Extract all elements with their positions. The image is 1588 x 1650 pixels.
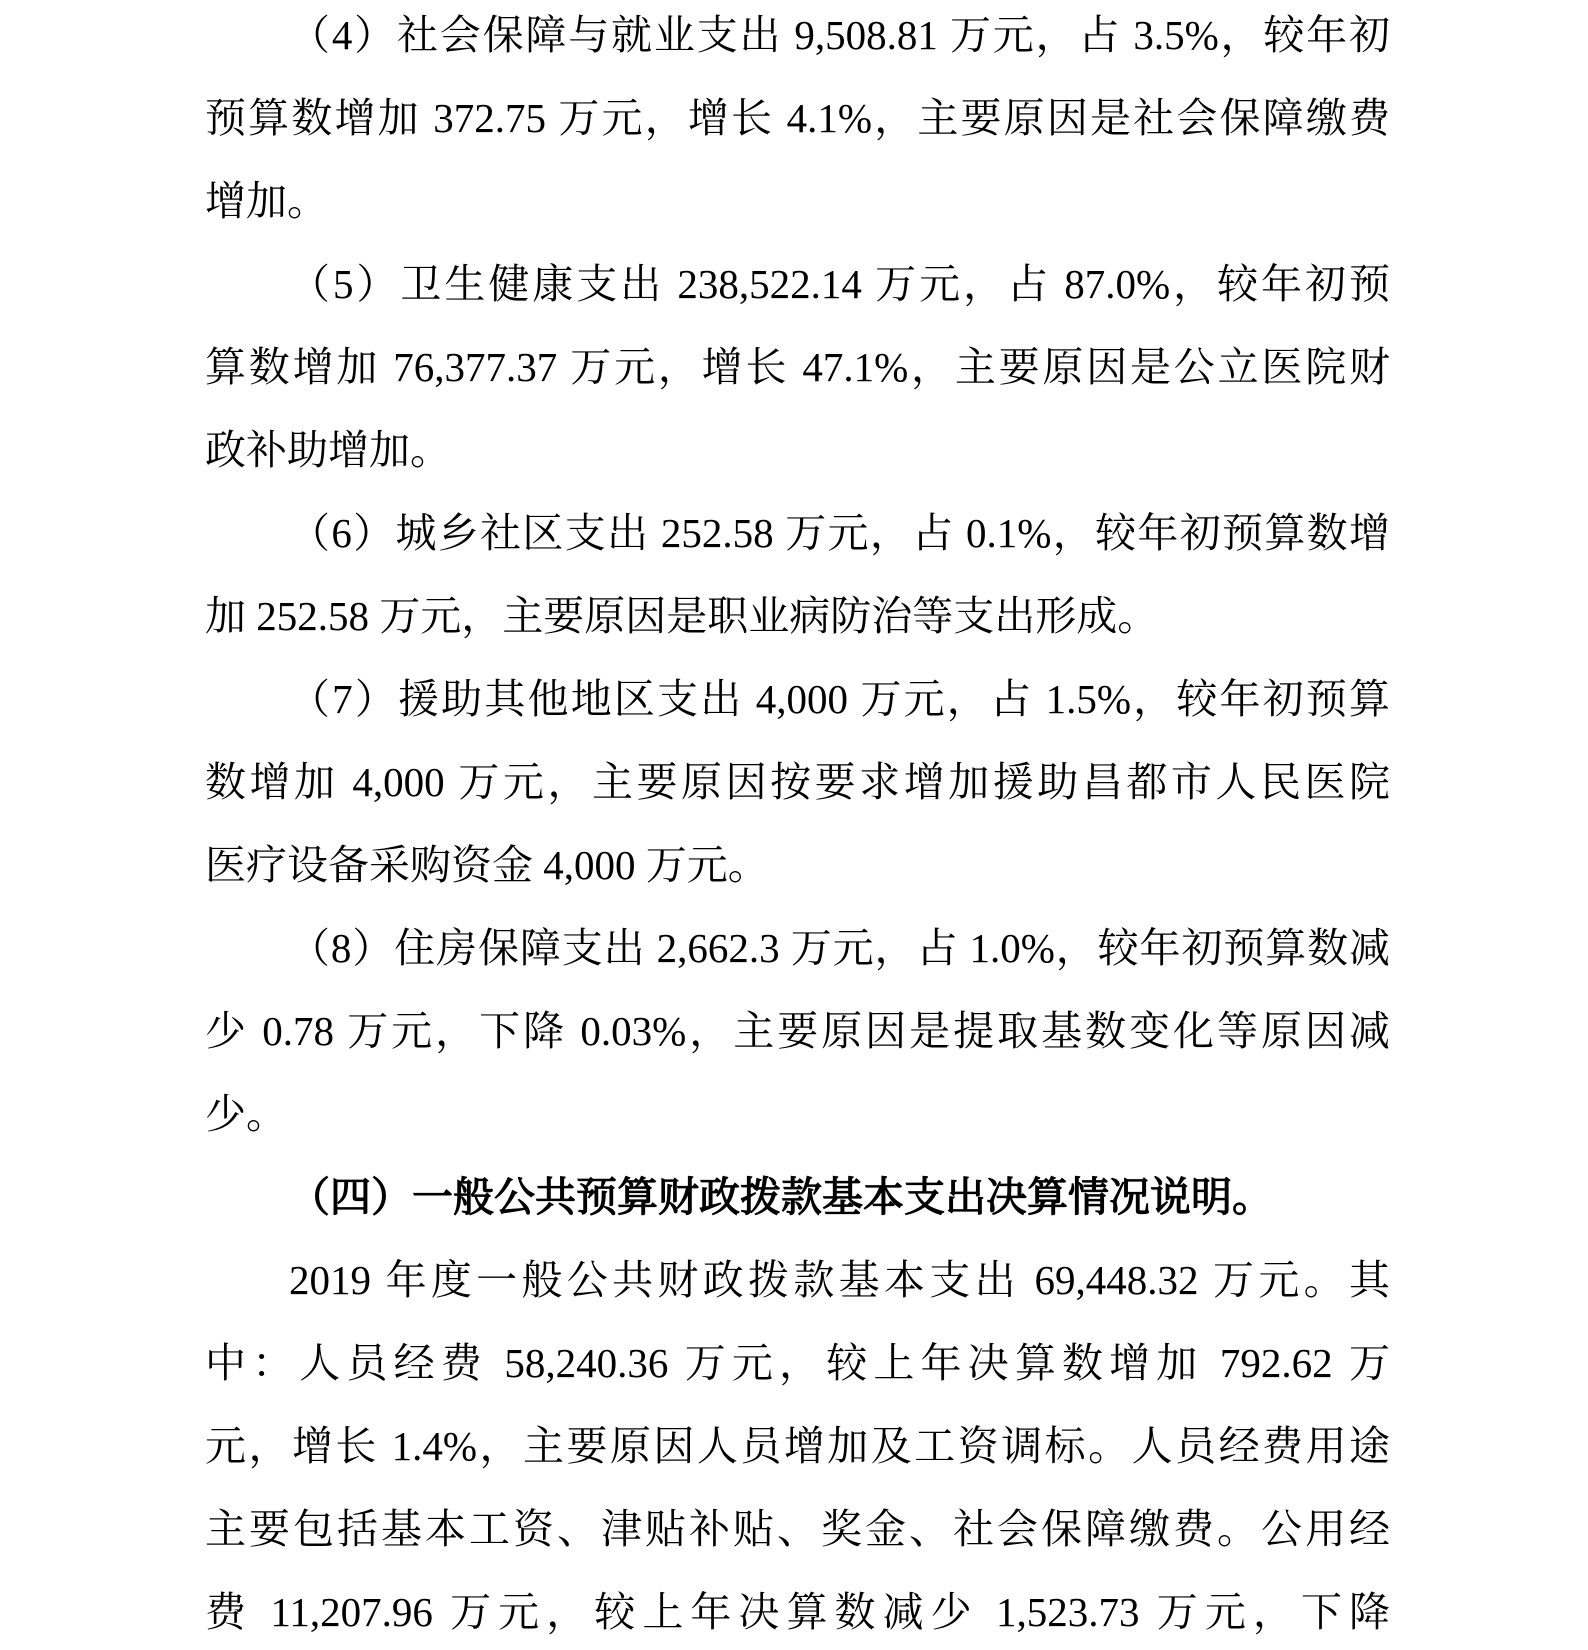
text-line: 增加。 bbox=[205, 160, 1390, 243]
text-line: 主要包括基本工资、津贴补贴、奖金、社会保障缴费。公用经 bbox=[205, 1488, 1390, 1571]
text-line: 加 252.58 万元，主要原因是职业病防治等支出形成。 bbox=[205, 575, 1390, 658]
document-page: （4）社会保障与就业支出 9,508.81 万元，占 3.5%，较年初预算数增加… bbox=[0, 0, 1588, 1650]
text-line: （4）社会保障与就业支出 9,508.81 万元，占 3.5%，较年初 bbox=[205, 0, 1390, 77]
text-line: 医疗设备采购资金 4,000 万元。 bbox=[205, 824, 1390, 907]
text-line: （6）城乡社区支出 252.58 万元，占 0.1%，较年初预算数增 bbox=[205, 492, 1390, 575]
text-line: 预算数增加 372.75 万元，增长 4.1%，主要原因是社会保障缴费 bbox=[205, 77, 1390, 160]
document-body: （4）社会保障与就业支出 9,508.81 万元，占 3.5%，较年初预算数增加… bbox=[205, 0, 1390, 1650]
section-heading: （四）一般公共预算财政拨款基本支出决算情况说明。 bbox=[205, 1156, 1390, 1239]
text-line: 中：人员经费 58,240.36 万元，较上年决算数增加 792.62 万 bbox=[205, 1322, 1390, 1405]
text-line: 政补助增加。 bbox=[205, 409, 1390, 492]
text-line: 数增加 4,000 万元，主要原因按要求增加援助昌都市人民医院 bbox=[205, 741, 1390, 824]
text-line: （7）援助其他地区支出 4,000 万元，占 1.5%，较年初预算 bbox=[205, 658, 1390, 741]
text-line: 元，增长 1.4%，主要原因人员增加及工资调标。人员经费用途 bbox=[205, 1405, 1390, 1488]
text-line: 少 0.78 万元，下降 0.03%，主要原因是提取基数变化等原因减 bbox=[205, 990, 1390, 1073]
text-line: 费 11,207.96 万元，较上年决算数减少 1,523.73 万元，下降 bbox=[205, 1571, 1390, 1650]
text-line: （8）住房保障支出 2,662.3 万元，占 1.0%，较年初预算数减 bbox=[205, 907, 1390, 990]
text-line: （5）卫生健康支出 238,522.14 万元，占 87.0%，较年初预 bbox=[205, 243, 1390, 326]
text-line: 2019 年度一般公共财政拨款基本支出 69,448.32 万元。其 bbox=[205, 1239, 1390, 1322]
text-line: 算数增加 76,377.37 万元，增长 47.1%，主要原因是公立医院财 bbox=[205, 326, 1390, 409]
text-line: 少。 bbox=[205, 1073, 1390, 1156]
